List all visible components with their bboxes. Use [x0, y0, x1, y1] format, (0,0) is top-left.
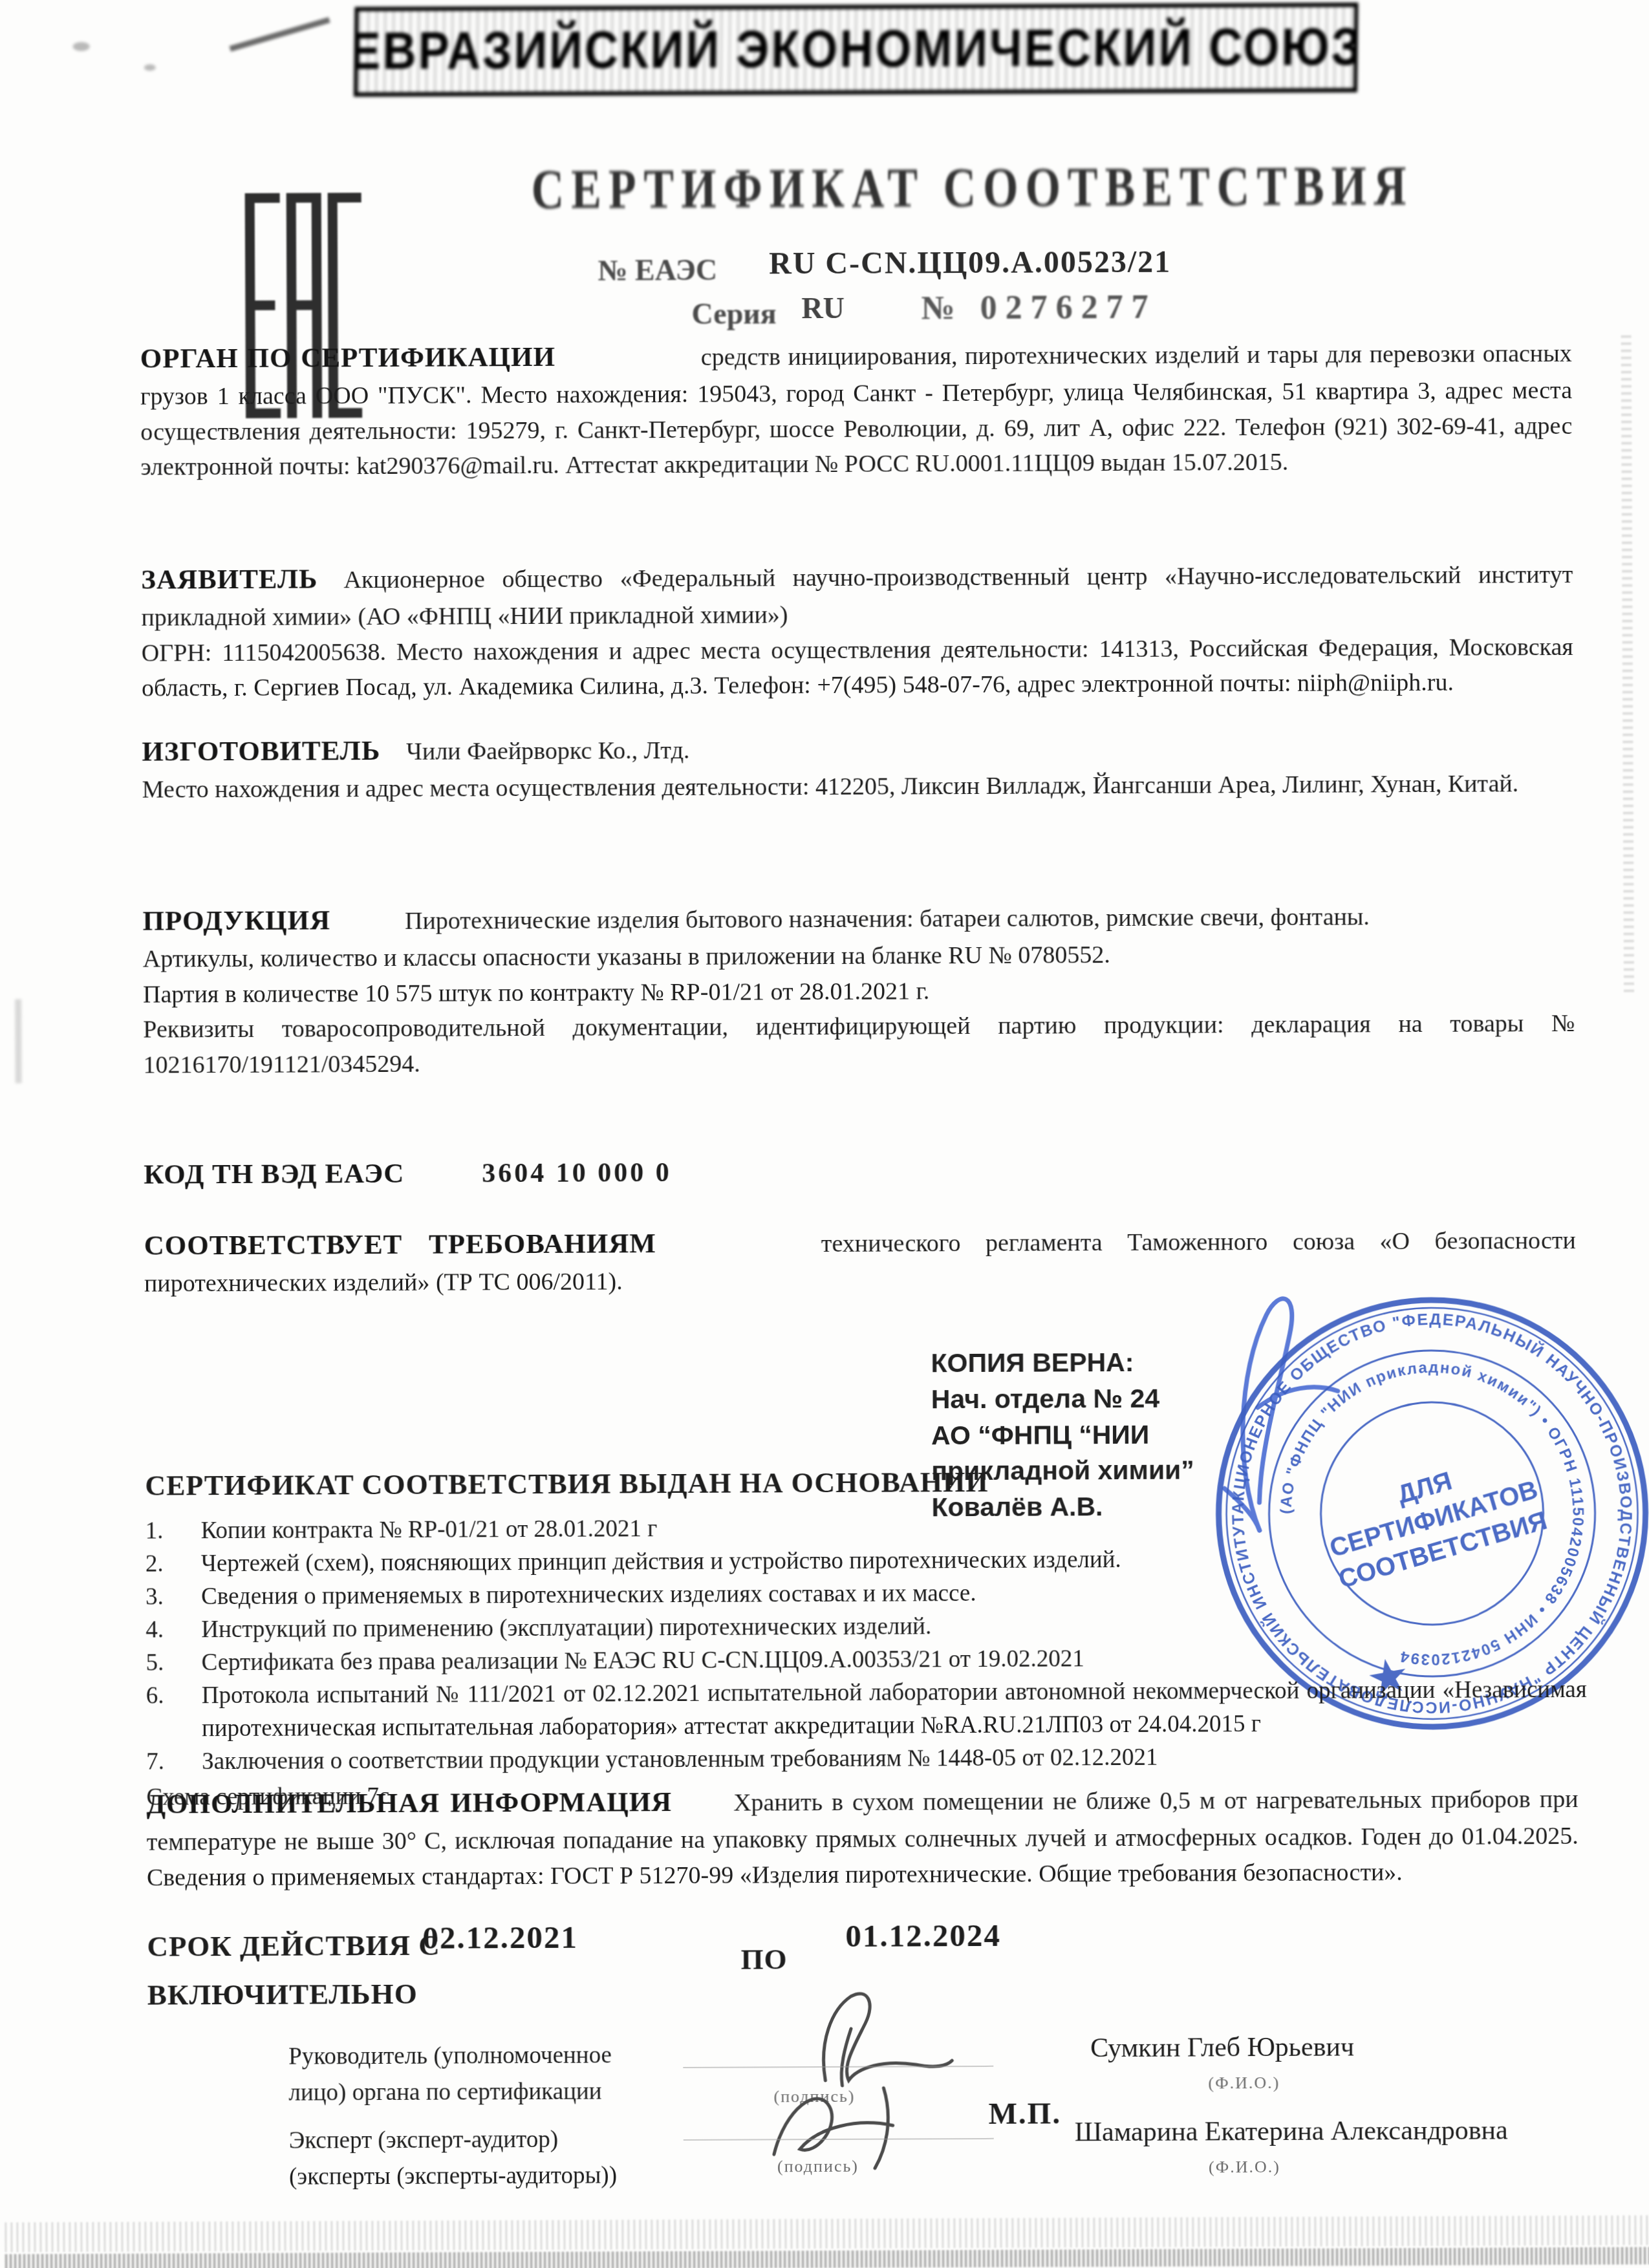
basis-item-number: 1. [145, 1514, 201, 1547]
validity-to-date: 01.12.2024 [845, 1917, 1001, 1954]
products-line2: Артикулы, количество и классы опасности … [143, 936, 1575, 977]
fio-caption: (Ф.И.О.) [1208, 2073, 1280, 2093]
section-certification-body: ОРГАН ПО СЕРТИФИКАЦИИсредств инициирован… [140, 333, 1573, 486]
blank-number: № 0276277 [921, 288, 1157, 328]
head-signatory-label-line2: лицо) органа по сертификации [288, 2073, 676, 2111]
basis-item-text: Инструкций по применению (эксплуатации) … [201, 1607, 1586, 1646]
basis-item-number: 6. [146, 1679, 202, 1745]
applicant-details: ОГРН: 1115042005638. Место нахождения и … [142, 630, 1573, 707]
expert-signatory-label-line1: Эксперт (эксперт-аудитор) [289, 2121, 677, 2159]
head-signatory-label: Руководитель (уполномоченное лицо) орган… [288, 2037, 676, 2111]
scan-noise-right [1621, 333, 1634, 992]
eaeu-banner: ЕВРАЗИЙСКИЙ ЭКОНОМИЧЕСКИЙ СОЮЗ [354, 3, 1359, 97]
section-applicant: ЗАЯВИТЕЛЬАкционерное общество «Федеральн… [141, 554, 1573, 707]
basis-item-text: Сертификата без права реализации № ЕАЭС … [201, 1640, 1586, 1679]
series-label: Серия [691, 296, 776, 331]
basis-item-number: 3. [145, 1580, 201, 1613]
certification-body-heading: ОРГАН ПО СЕРТИФИКАЦИИ [140, 342, 555, 374]
certificate-number: RU С-CN.ЦЦ09.А.00523/21 [769, 244, 1171, 282]
validity-from-label: СРОК ДЕЙСТВИЯ С [147, 1929, 440, 1963]
certificate-page: ЕВРАЗИЙСКИЙ ЭКОНОМИЧЕСКИЙ СОЮЗ СЕРТИФИКА… [0, 0, 1649, 2268]
certificate-number-label: № ЕАЭС [598, 253, 717, 288]
products-line3: Партия в количестве 10 575 штук по контр… [143, 971, 1575, 1012]
basis-item: 6. Протокола испытаний № 111/2021 от 02.… [146, 1673, 1587, 1746]
applicant-heading: ЗАЯВИТЕЛЬ [141, 564, 318, 595]
basis-item-text: Чертежей (схем), поясняющих принцип дейс… [201, 1541, 1586, 1580]
basis-item-number: 4. [145, 1613, 201, 1646]
head-signatory-label-line1: Руководитель (уполномоченное [288, 2037, 676, 2075]
basis-item-number: 7. [146, 1746, 202, 1779]
series-value: RU [801, 291, 845, 325]
scan-artifact-speck [144, 64, 156, 70]
applicant-name: Акционерное общество «Федеральный научно… [141, 561, 1573, 632]
scan-noise-left [15, 999, 22, 1083]
section-tnved: КОД ТН ВЭД ЕАЭС3604 10 000 0 [144, 1149, 1575, 1195]
basis-heading: СЕРТИФИКАТ СООТВЕТСТВИЯ ВЫДАН НА ОСНОВАН… [145, 1466, 988, 1503]
validity-inclusive-label: ВКЛЮЧИТЕЛЬНО [147, 1977, 418, 2012]
fio-caption: (Ф.И.О.) [1209, 2157, 1280, 2177]
head-signatory-name: Сумкин Глеб Юрьевич [1090, 2031, 1354, 2064]
expert-signatory-label: Эксперт (эксперт-аудитор) (эксперты (экс… [289, 2121, 677, 2195]
additional-info-heading: ДОПОЛНИТЕЛЬНАЯ ИНФОРМАЦИЯ [146, 1787, 672, 1820]
signature-caption: (подпись) [777, 2157, 859, 2177]
manufacturer-address: Место нахождения и адрес места осуществл… [142, 766, 1574, 808]
validity-to-label: ПО [740, 1942, 787, 1976]
tnved-code: 3604 10 000 0 [482, 1158, 672, 1188]
expert-signatory-label-line2: (эксперты (эксперты-аудиторы)) [289, 2157, 677, 2195]
section-products: ПРОДУКЦИЯПиротехнические изделия бытовог… [142, 895, 1575, 1083]
document-title: СЕРТИФИКАТ СООТВЕТСТВИЯ [531, 154, 1413, 222]
products-heading: ПРОДУКЦИЯ [142, 905, 330, 936]
basis-item-text: Копии контракта № RP-01/21 от 28.01.2021… [201, 1508, 1586, 1547]
stamp-place-label: М.П. [988, 2096, 1061, 2131]
basis-item-text: Протокола испытаний № 111/2021 от 02.12.… [202, 1673, 1587, 1745]
products-line4: Реквизиты товаросопроводительной докумен… [143, 1006, 1575, 1083]
basis-item-number: 2. [145, 1547, 201, 1580]
basis-item-text: Заключения о соответствии продукции уста… [202, 1739, 1587, 1778]
products-line1: Пиротехнические изделия бытового назначе… [405, 903, 1370, 935]
section-manufacturer: ИЗГОТОВИТЕЛЬЧили Фаейрворкс Ко., Лтд. Ме… [142, 726, 1573, 808]
basis-item: 7. Заключения о соответствии продукции у… [146, 1739, 1587, 1779]
basis-item-text: Сведения о применяемых в пиротехнических… [201, 1574, 1586, 1613]
scan-artifact-speck [73, 42, 90, 51]
basis-list: 1. Копии контракта № RP-01/21 от 28.01.2… [145, 1508, 1588, 1814]
manufacturer-name: Чили Фаейрворкс Ко., Лтд. [406, 737, 689, 765]
expert-signatory-name: Шамарина Екатерина Александровна [1075, 2115, 1508, 2148]
compliance-heading: СООТВЕТСТВУЕТ ТРЕБОВАНИЯМ [144, 1228, 656, 1261]
validity-from-date: 02.12.2021 [422, 1919, 578, 1956]
scan-artifact-slash [230, 17, 330, 51]
section-additional-info: ДОПОЛНИТЕЛЬНАЯ ИНФОРМАЦИЯХранить в сухом… [146, 1779, 1579, 1896]
basis-item-number: 5. [145, 1646, 201, 1679]
eaeu-banner-text: ЕВРАЗИЙСКИЙ ЭКОНОМИЧЕСКИЙ СОЮЗ [354, 17, 1359, 81]
manufacturer-heading: ИЗГОТОВИТЕЛЬ [142, 736, 380, 767]
scan-noise-band [5, 2215, 1649, 2252]
tnved-heading: КОД ТН ВЭД ЕАЭС [144, 1159, 404, 1190]
